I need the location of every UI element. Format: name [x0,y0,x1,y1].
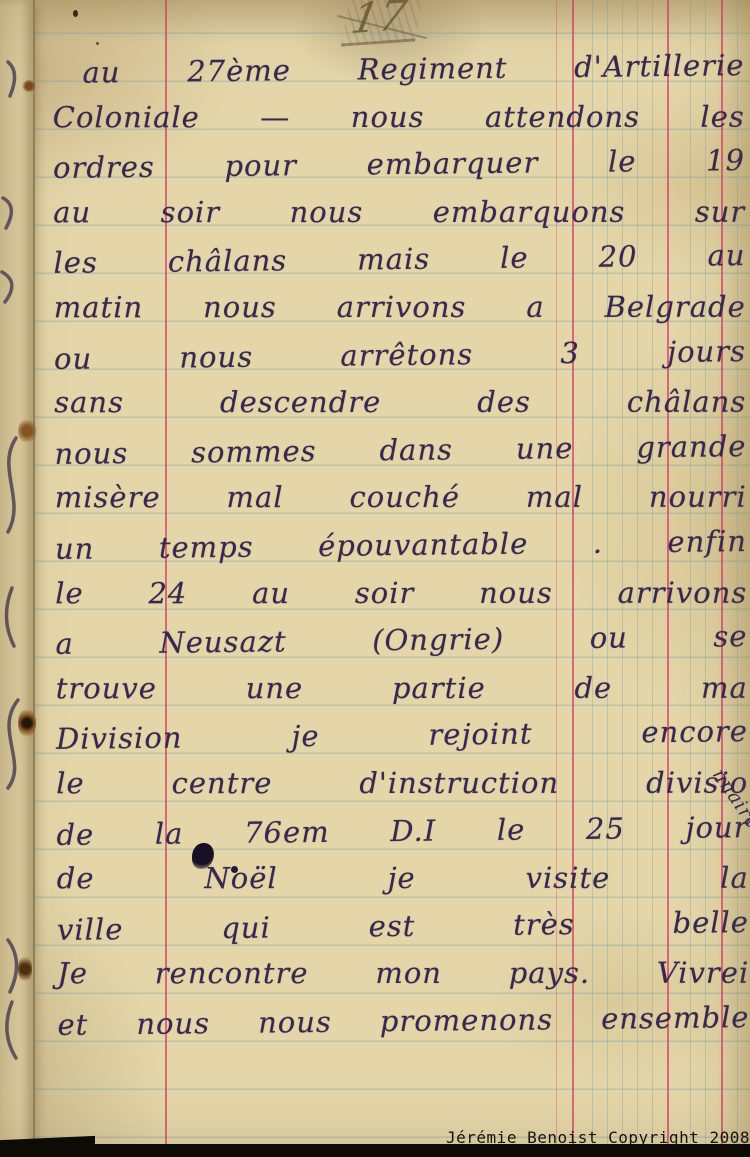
facing-page-ink-marks [0,0,46,1157]
ink-speck [96,42,99,45]
handwritten-text-block: au 27ème Regiment d'Artillerie Coloniale… [52,44,749,1047]
manuscript-line: de Noël je visite la [57,855,749,903]
manuscript-line: trouve une partie de ma [56,664,748,712]
manuscript-line: le 24 au soir nous arrivons [55,569,747,617]
rust-stain [18,418,36,444]
manuscript-line: les châlans mais le 20 au [53,232,745,287]
manuscript-line: ou nous arrêtons 3 jours [54,328,746,383]
page-number-digits: 17 [341,0,425,46]
manuscript-line: et nous nous promenons ensemble [57,994,749,1049]
copyright-watermark: Jérémie Benoist Copyright 2008 [446,1128,750,1150]
ink-dot [231,866,238,873]
manuscript-line: misère mal couché mal nourri [55,474,747,522]
manuscript-line: de la 76em D.I le 25 jour [56,804,748,859]
page-number: 17 [346,0,419,44]
rust-stain [22,80,36,92]
rust-stain [18,708,36,738]
manuscript-line: a Neusazt (Ongrie) ou se [55,613,747,668]
diary-page-scan: 17 au 27ème Regiment d'Artillerie Coloni… [0,0,750,1157]
rust-stain [18,955,32,983]
manuscript-line: Coloniale — nous attendons les [53,93,745,141]
manuscript-line: un temps épouvantable . enfin [55,518,747,573]
manuscript-line: matin nous arrivons a Belgrade [54,284,746,332]
manuscript-line: nous sommes dans une grande [54,423,746,478]
manuscript-line: au soir nous embarquons sur [53,188,745,236]
manuscript-line: Division je rejoint encore [56,708,748,763]
manuscript-line: ville qui est très belle [57,899,749,954]
manuscript-line: le centre d'instruction divisio [56,760,748,808]
ink-speck [73,10,78,17]
manuscript-line: Je rencontre mon pays. Vivrei [57,950,749,998]
manuscript-line: au 27ème Regiment d'Artillerie [52,42,744,97]
manuscript-line: sans descendre des châlans [54,379,746,427]
manuscript-line: ordres pour embarquer le 19 [53,137,745,192]
